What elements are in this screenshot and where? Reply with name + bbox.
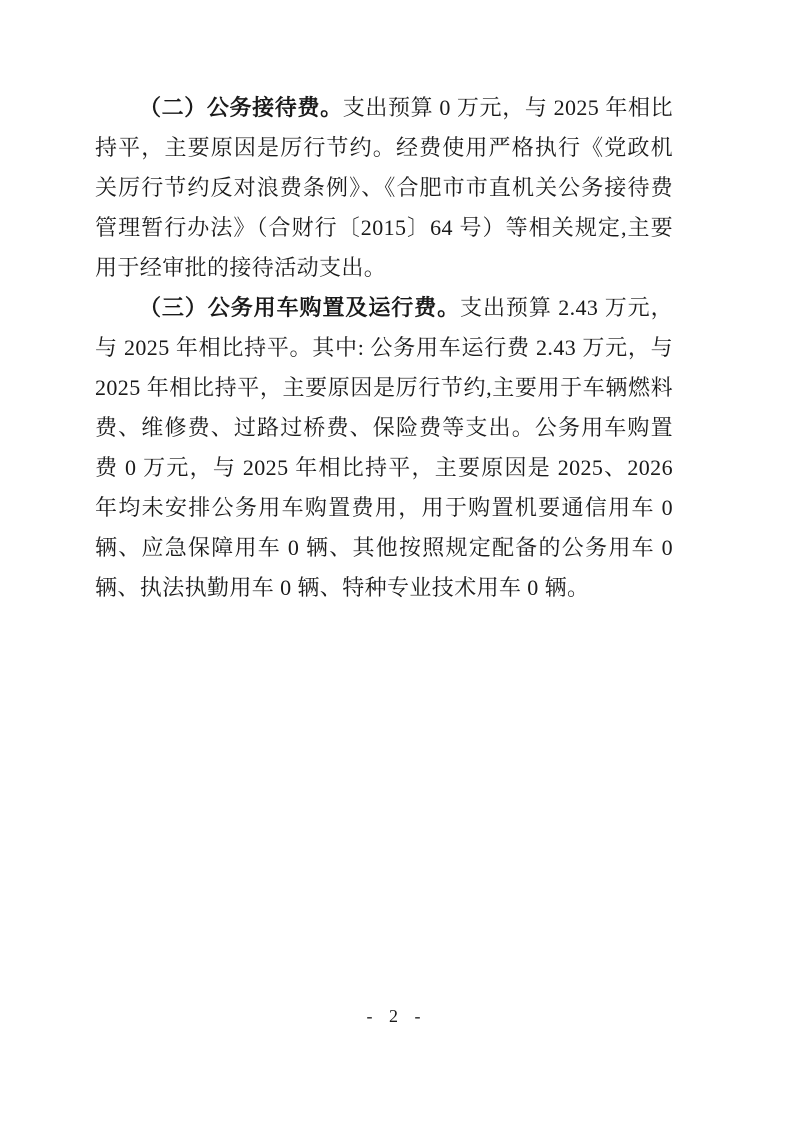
paragraph-text: 支出预算 0 万元，与 2025 年相比持平，主要原因是厉行节约。经费使用严格执… [95,95,673,280]
document-page: （二）公务接待费。支出预算 0 万元，与 2025 年相比持平，主要原因是厉行节… [0,0,793,1122]
paragraph-official-reception-expense: （二）公务接待费。支出预算 0 万元，与 2025 年相比持平，主要原因是厉行节… [95,88,673,288]
paragraph-official-vehicle-expense: （三）公务用车购置及运行费。支出预算 2.43 万元，与 2025 年相比持平。… [95,288,673,608]
document-body: （二）公务接待费。支出预算 0 万元，与 2025 年相比持平，主要原因是厉行节… [95,88,673,608]
paragraph-heading: （二）公务接待费。 [139,95,343,120]
paragraph-heading: （三）公务用车购置及运行费。 [139,295,460,320]
page-number: - 2 - [0,1006,793,1027]
paragraph-text: 支出预算 2.43 万元，与 2025 年相比持平。其中: 公务用车运行费 2.… [95,295,673,600]
